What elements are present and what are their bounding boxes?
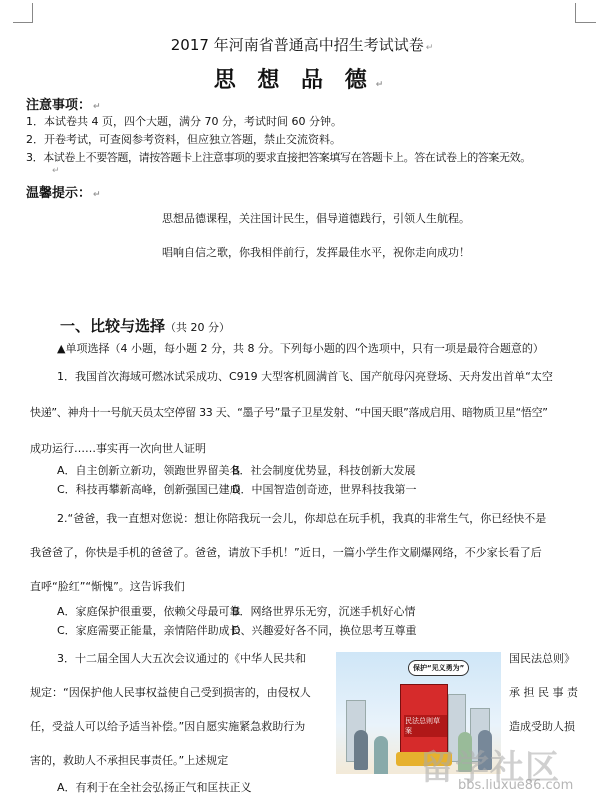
section-1-instruction: ▲单项选择（4 小题，每小题 2 分，共 8 分。下列每小题的四个选项中，只有一…: [57, 340, 544, 356]
tips-line-2: 唱响自信之歌，你我相伴前行，发挥最佳水平，祝你走向成功！: [162, 244, 470, 260]
q2-option-d: D、兴趣爱好各不同，换位思考互尊重: [232, 622, 416, 638]
q2-option-b: B．网络世界乐无穷，沉迷手机好心情: [232, 603, 416, 619]
page-corner-mark-left: [13, 3, 33, 23]
q1-option-a: A．自主创新立新功，领跑世界留美名: [57, 462, 241, 478]
q2-line-3: 直呼“脸红”“惭愧”。这告诉我们: [30, 578, 185, 594]
q3-line-3: 任，受益人可以给予适当补偿。”因自愿实施紧急救助行为: [30, 718, 305, 734]
paragraph-mark: ↵: [52, 166, 60, 176]
q1-option-b: B．社会制度优势显，科技创新大发展: [232, 462, 416, 478]
q2-line-2: 我爸爸了，你快是手机的爸爸了。爸爸，请放下手机！”近日，一篇小学生作文刷爆网络，…: [30, 544, 542, 560]
q3-line-2-right: 承 担 民 事 责: [509, 684, 578, 700]
speech-bubble: 保护“见义勇为”: [408, 660, 469, 676]
notice-item-3: 3．本试卷上不要答题，请按答题卡上注意事项的要求直接把答案填写在答题卡上。答在试…: [26, 149, 531, 165]
notice-item-1: 1．本试卷共 4 页，四个大题，满分 70 分，考试时间 60 分钟。: [26, 113, 342, 129]
q1-option-d: D．中国智造创奇迹，世界科技我第一: [232, 481, 416, 497]
exam-title: 2017 年河南省普通高中招生考试试卷↵: [0, 34, 604, 55]
q3-line-1-right: 国民法总则》: [509, 650, 575, 666]
q2-line-1: 2.“爸爸，我一直想对您说：想让你陪我玩一会儿，你却总在玩手机，我真的非常生气，…: [57, 510, 546, 526]
q1-line-1: 1．我国首次海域可燃冰试采成功、C919 大型客机圆满首飞、国产航母闪亮登场、天…: [57, 368, 553, 384]
q3-option-a: A．有利于在全社会弘扬正气和匡扶正义: [57, 779, 252, 795]
q3-line-1: 3．十二届全国人大五次会议通过的《中华人民共和: [57, 650, 306, 666]
q1-option-c: C．科技再攀新高峰，创新强国已建成: [57, 481, 241, 497]
exam-subject: 思 想 品 德↵: [0, 63, 604, 94]
q1-line-3: 成功运行……事实再一次向世人证明: [30, 440, 206, 456]
page-corner-mark-right: [575, 3, 596, 23]
notice-item-2: 2．开卷考试，可查阅参考资料，但应独立答题，禁止交流资料。: [26, 131, 341, 147]
q3-line-3-right: 造成受助人损: [509, 718, 575, 734]
watermark-url: bbs.liuxue86.com: [458, 778, 573, 793]
person-icon: [374, 736, 388, 774]
q3-line-2: 规定：“因保护他人民事权益使自己受到损害的，由侵权人: [30, 684, 311, 700]
q2-option-c: C．家庭需要正能量，亲情陪伴助成长: [57, 622, 241, 638]
q1-line-2: 快递”、神舟十一号航天员太空停留 33 天、“墨子号”量子卫星发射、“中国天眼”…: [30, 404, 548, 420]
section-1-title: 一、比较与选择（共 20 分）: [60, 315, 230, 336]
q2-option-a: A．家庭保护很重要，依赖父母最可靠: [57, 603, 241, 619]
notice-heading: 注意事项：↵: [26, 94, 101, 113]
tips-line-1: 思想品德课程，关注国计民生，倡导道德践行，引领人生航程。: [162, 210, 470, 226]
q3-line-4: 害的，救助人不承担民事责任。”上述规定: [30, 752, 228, 768]
tips-heading: 温馨提示：↵: [26, 182, 101, 201]
person-icon: [354, 730, 368, 770]
